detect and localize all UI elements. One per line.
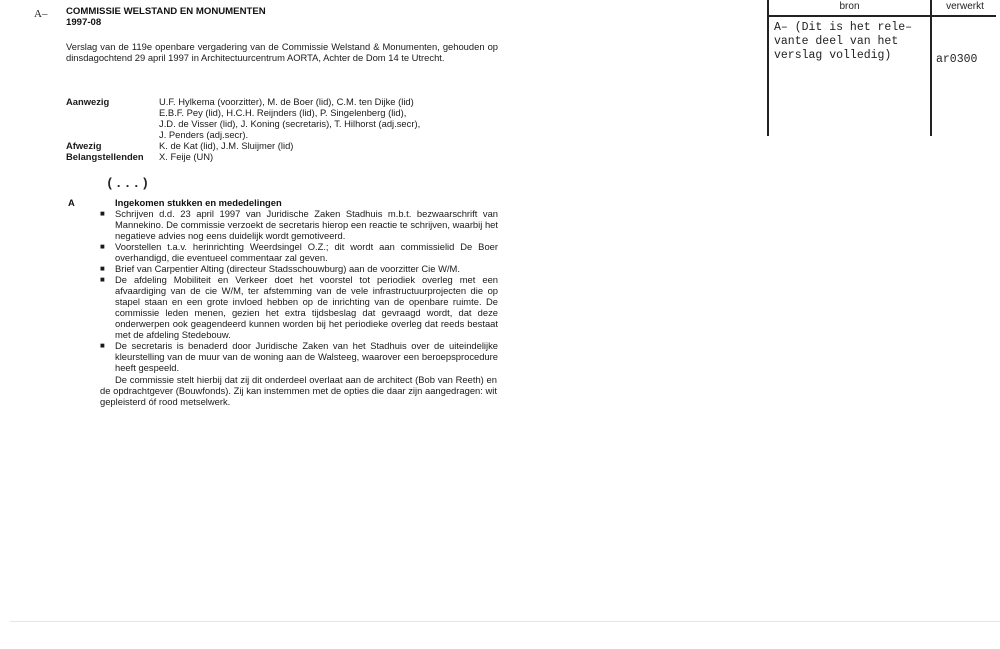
attendance-names: K. de Kat (lid), J.M. Sluijmer (lid): [159, 140, 459, 151]
bron-line: vante deel van het: [774, 35, 930, 49]
list-item: ■ De afdeling Mobiliteit en Verkeer doet…: [100, 274, 498, 340]
attendance-observers: Belangstellenden X. Feije (UN): [66, 151, 459, 162]
section-letter: A: [68, 197, 75, 208]
attendance-line: J.D. de Visser (lid), J. Koning (secreta…: [159, 118, 459, 129]
attendance-absent: Afwezig K. de Kat (lid), J.M. Sluijmer (…: [66, 140, 459, 151]
attendance-line: X. Feije (UN): [159, 151, 459, 162]
attendance-label: Aanwezig: [66, 96, 159, 140]
table-cell-verwerkt: ar0300: [936, 53, 977, 66]
omission-ellipsis: (...): [106, 176, 150, 191]
attendance-names: X. Feije (UN): [159, 151, 459, 162]
attendance-label: Belangstellenden: [66, 151, 159, 162]
list-item: ■ De secretaris is benaderd door Juridis…: [100, 340, 498, 373]
attendance-present: Aanwezig U.F. Hylkema (voorzitter), M. d…: [66, 96, 459, 140]
table-left-rule: [767, 0, 769, 136]
bron-line: verslag volledig): [774, 49, 930, 63]
square-bullet-icon: ■: [100, 263, 115, 274]
document-title: COMMISSIE WELSTAND EN MONUMENTEN: [66, 6, 266, 17]
scan-edge-line: [10, 621, 1000, 622]
list-item: ■ Schrijven d.d. 23 april 1997 van Jurid…: [100, 208, 498, 241]
document-heading: COMMISSIE WELSTAND EN MONUMENTEN 1997-08: [66, 6, 266, 28]
intro-paragraph: Verslag van de 119e openbare vergadering…: [66, 41, 498, 63]
followup-paragraph: De commissie stelt hierbij dat zij dit o…: [100, 374, 497, 407]
square-bullet-icon: ■: [100, 241, 115, 263]
attendance-line: E.B.F. Pey (lid), H.C.H. Reijnders (lid)…: [159, 107, 459, 118]
square-bullet-icon: ■: [100, 274, 115, 340]
list-item: ■ Brief van Carpentier Alting (directeur…: [100, 263, 498, 274]
attendance-line: K. de Kat (lid), J.M. Sluijmer (lid): [159, 140, 459, 151]
list-item: ■ Voorstellen t.a.v. herinrichting Weerd…: [100, 241, 498, 263]
list-item-text: De secretaris is benaderd door Juridisch…: [115, 340, 498, 373]
attendance-line: U.F. Hylkema (voorzitter), M. de Boer (l…: [159, 96, 459, 107]
bron-line: A– (Dit is het rele–: [774, 21, 930, 35]
list-item-text: Voorstellen t.a.v. herinrichting Weerdsi…: [115, 241, 498, 263]
attendance-list: Aanwezig U.F. Hylkema (voorzitter), M. d…: [66, 96, 459, 162]
list-item-text: Brief van Carpentier Alting (directeur S…: [115, 263, 498, 274]
attendance-line: J. Penders (adj.secr).: [159, 129, 459, 140]
section-items: ■ Schrijven d.d. 23 april 1997 van Jurid…: [100, 208, 498, 373]
list-item-text: De afdeling Mobiliteit en Verkeer doet h…: [115, 274, 498, 340]
table-header-rule: [767, 15, 996, 17]
attendance-label: Afwezig: [66, 140, 159, 151]
list-item-text: Schrijven d.d. 23 april 1997 van Juridis…: [115, 208, 498, 241]
table-column-divider: [930, 0, 932, 136]
section-title: Ingekomen stukken en mededelingen: [115, 197, 282, 208]
margin-marker: A–: [34, 8, 47, 20]
table-header-bron: bron: [769, 1, 930, 12]
attendance-names: U.F. Hylkema (voorzitter), M. de Boer (l…: [159, 96, 459, 140]
square-bullet-icon: ■: [100, 340, 115, 373]
document-subtitle: 1997-08: [66, 17, 266, 28]
table-cell-bron: A– (Dit is het rele– vante deel van het …: [774, 21, 930, 63]
table-header-verwerkt: verwerkt: [932, 1, 998, 12]
square-bullet-icon: ■: [100, 208, 115, 241]
